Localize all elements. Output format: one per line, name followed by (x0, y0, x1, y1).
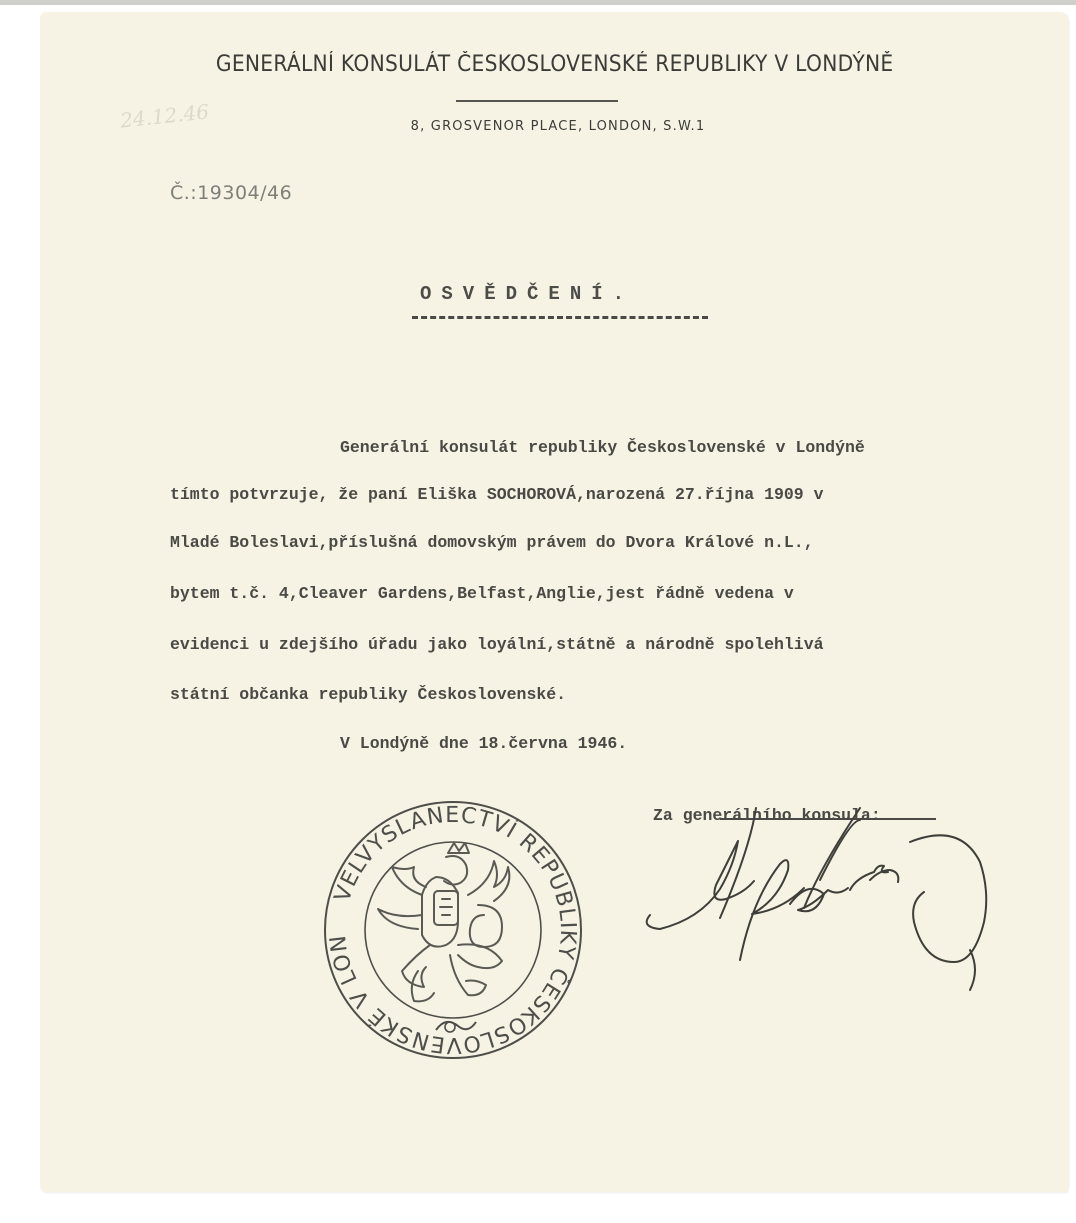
body-line: bytem t.č. 4,Cleaver Gardens,Belfast,Ang… (170, 584, 794, 603)
consulate-stamp-icon: VELVYSLANECTVÍ REPUBLIKY ČESKOSLOVENSKÉ … (318, 795, 588, 1065)
place-and-date: V Londýně dne 18.června 1946. (340, 734, 627, 753)
title-underline (412, 316, 708, 319)
letterhead-title: GENERÁLNÍ KONSULÁT ČESKOSLOVENSKÉ REPUBL… (41, 52, 1031, 77)
body-line: státní občanka republiky Československé. (170, 685, 566, 704)
scan-top-edge (0, 0, 1076, 5)
handwritten-signature-icon (630, 800, 1010, 1000)
document-title: OSVĚDČENÍ. (420, 283, 634, 305)
letterhead-divider (456, 100, 618, 102)
reference-number: Č.:19304/46 (170, 182, 292, 204)
body-line: tímto potvrzuje, že paní Eliška SOCHOROV… (170, 485, 824, 504)
body-line: Mladé Boleslavi,příslušná domovským práv… (170, 533, 814, 552)
body-line: evidenci u zdejšího úřadu jako loyální,s… (170, 635, 824, 654)
body-line: Generální konsulát republiky Českosloven… (340, 438, 865, 457)
letterhead-address: 8, GROSVENOR PLACE, LONDON, S.W.1 (0, 119, 1076, 134)
